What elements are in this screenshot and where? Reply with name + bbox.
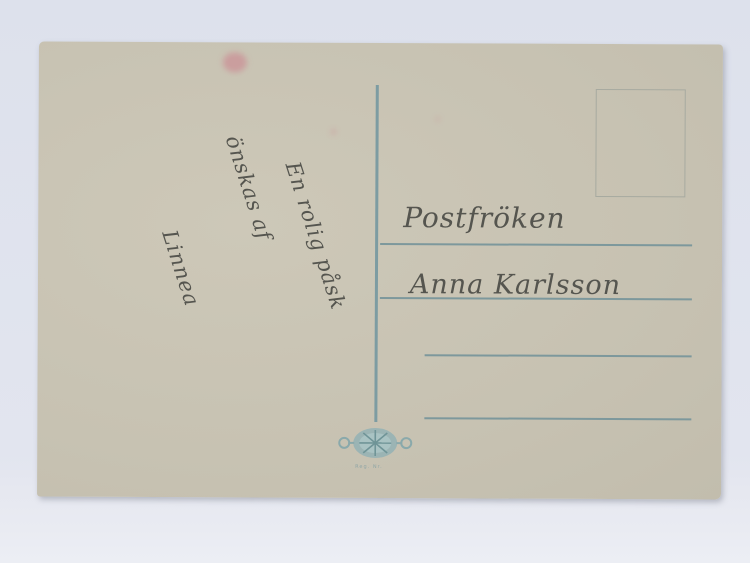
message-signature: Linnea xyxy=(157,227,204,309)
address-name: Anna Karlsson xyxy=(410,269,621,301)
red-ink-dot xyxy=(331,129,337,135)
center-divider xyxy=(374,85,378,422)
message-line-2: önskas af xyxy=(221,132,277,243)
address-line-4 xyxy=(424,417,691,420)
publisher-emblem-icon xyxy=(336,425,414,461)
address-title: Postfröken xyxy=(403,201,566,235)
postcard: Postfröken Anna Karlsson En rolig påsk ö… xyxy=(37,42,723,500)
publisher-caption: Reg. Nr. xyxy=(355,464,383,470)
address-line-1 xyxy=(380,243,692,246)
red-ink-dot xyxy=(435,116,441,122)
red-ink-smudge xyxy=(223,52,247,72)
stamp-box xyxy=(595,89,685,197)
address-line-3 xyxy=(425,354,692,357)
message-line-1: En rolig påsk xyxy=(281,159,351,313)
